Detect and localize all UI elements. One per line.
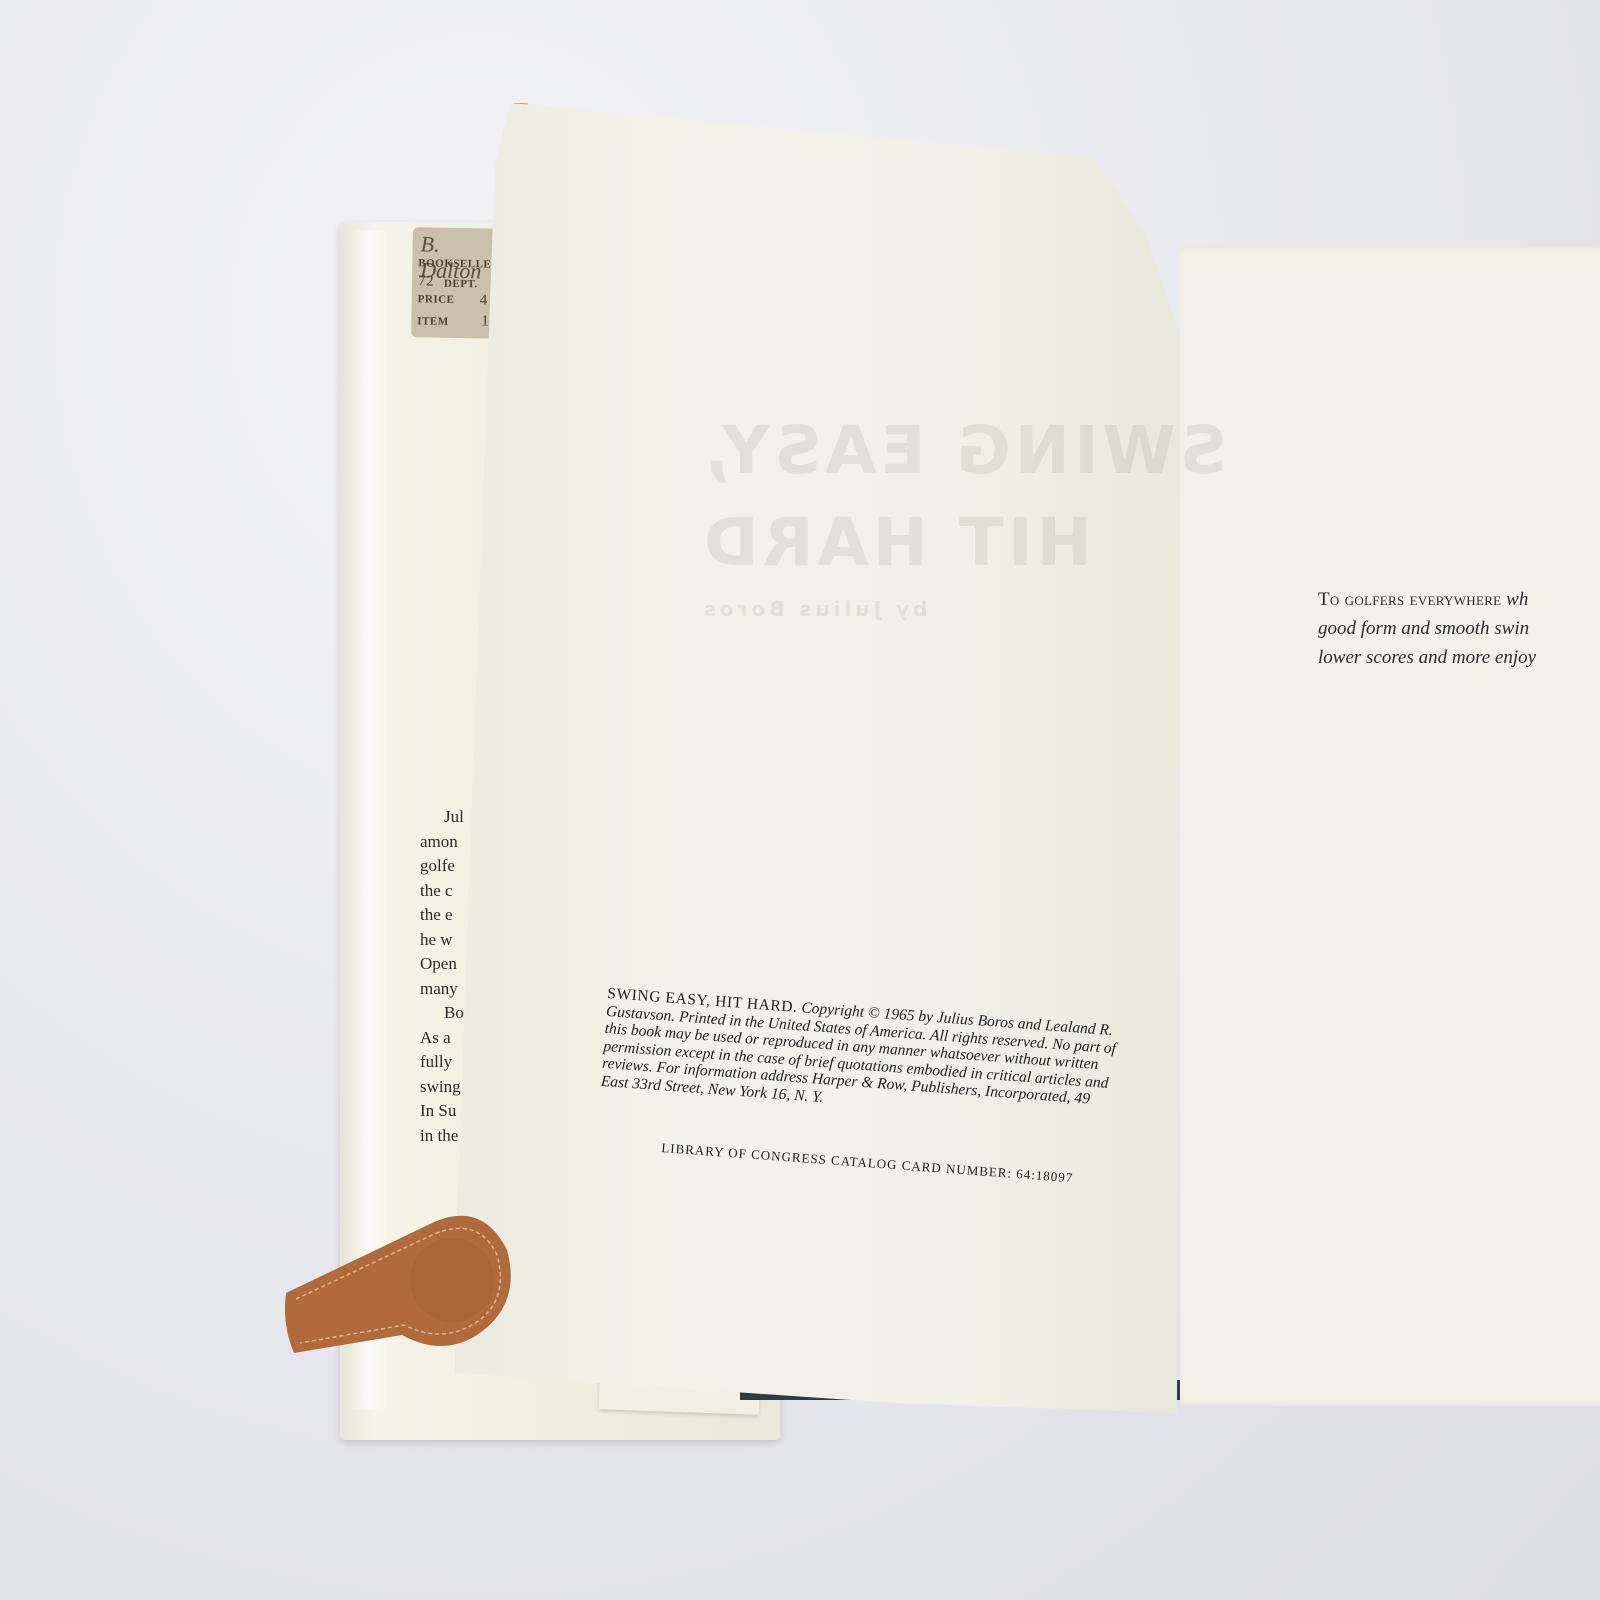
sticker-bookseller: BOOKSELLER <box>418 257 500 270</box>
sticker-item-label: ITEM <box>417 315 449 328</box>
leather-bookmark-icon[interactable] <box>282 1195 514 1355</box>
dedication-line2: good form and smooth swin <box>1318 614 1600 643</box>
showthrough-title-line2: HIT HARD <box>700 497 1227 589</box>
dedication-line1-rest: wh <box>1506 589 1528 610</box>
sticker-dept-label: DEPT. <box>444 278 478 291</box>
dedication-text: To golfers everywhere wh good form and s… <box>1318 585 1600 672</box>
dedication-page <box>1180 246 1600 1406</box>
sticker-item-value: 1 <box>481 313 489 330</box>
dedication-lead: To golfers everywhere <box>1318 589 1501 610</box>
showthrough-author: by Julius Boros <box>700 589 1227 629</box>
sticker-dept-number: 72 <box>418 273 434 290</box>
sticker-price-value: 4 <box>480 292 488 309</box>
dedication-line3: lower scores and more enjoy <box>1318 643 1600 672</box>
sticker-price-label: PRICE <box>418 293 455 306</box>
showthrough-title-line1: SWING EASY, <box>700 405 1227 497</box>
turned-copyright-page[interactable] <box>455 103 1180 1413</box>
title-showthrough: SWING EASY, HIT HARD by Julius Boros <box>700 405 1227 629</box>
